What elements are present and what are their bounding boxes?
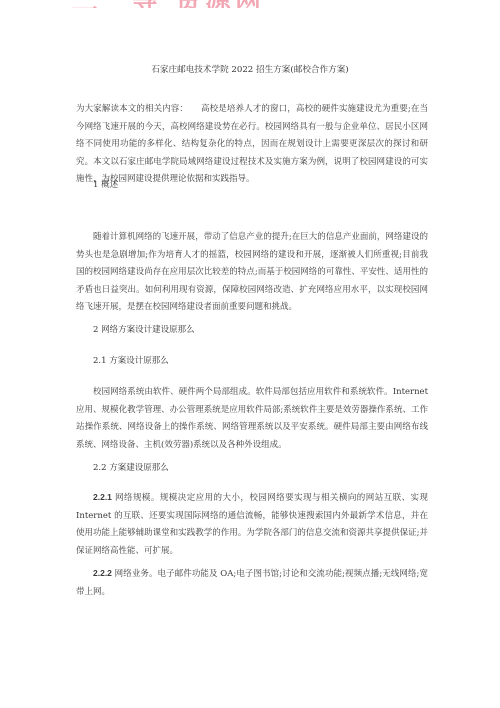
section-2-2-2-paragraph: 2.2.2 网络业务。电子邮件功能及 OA;电子图书馆;讨论和交流功能;视频点播… [76, 565, 428, 601]
section-2-1-body: 校园网络系统由软件、硬件两个局部组成。软件局部包括应用软件和系统软件。Inter… [76, 384, 428, 454]
section-2-2-1-number: 2.2.1 [93, 492, 112, 502]
section-2-2-1-paragraph: 2.2.1 网络规模。规模决定应用的大小，校园网络要实现与相关横向的网站互联、实… [76, 489, 428, 560]
section-2-2-heading: 2.2 方案建设原那么 [93, 461, 169, 473]
section-1-body: 随着计算机网络的飞速开展，带动了信息产业的提升;在巨大的信息产业面前，网络建设的… [76, 229, 428, 317]
section-2-2-1-body: 网络规模。规模决定应用的大小，校园网络要实现与相关横向的网站互联、实现 Inte… [76, 493, 428, 556]
section-2-1-heading: 2.1 方案设计原那么 [93, 354, 169, 366]
section-2-2-2-number: 2.2.2 [93, 568, 112, 578]
section-2-heading: 2 网络方案设计建设原那么 [93, 323, 195, 335]
watermark: 三一等 资源网 [72, 0, 265, 8]
document-title: 石家庄邮电技术学院 2022 招生方案(邮校合作方案) [0, 63, 500, 75]
intro-paragraph: 为大家解读本文的相关内容： 高校是培养人才的窗口，高校的硬件实施建设尤为重要;在… [76, 101, 428, 189]
section-2-2-2-body: 网络业务。电子邮件功能及 OA;电子图书馆;讨论和交流功能;视频点播;无线网络;… [76, 569, 428, 597]
section-1-heading: 1 概述 [93, 178, 118, 190]
